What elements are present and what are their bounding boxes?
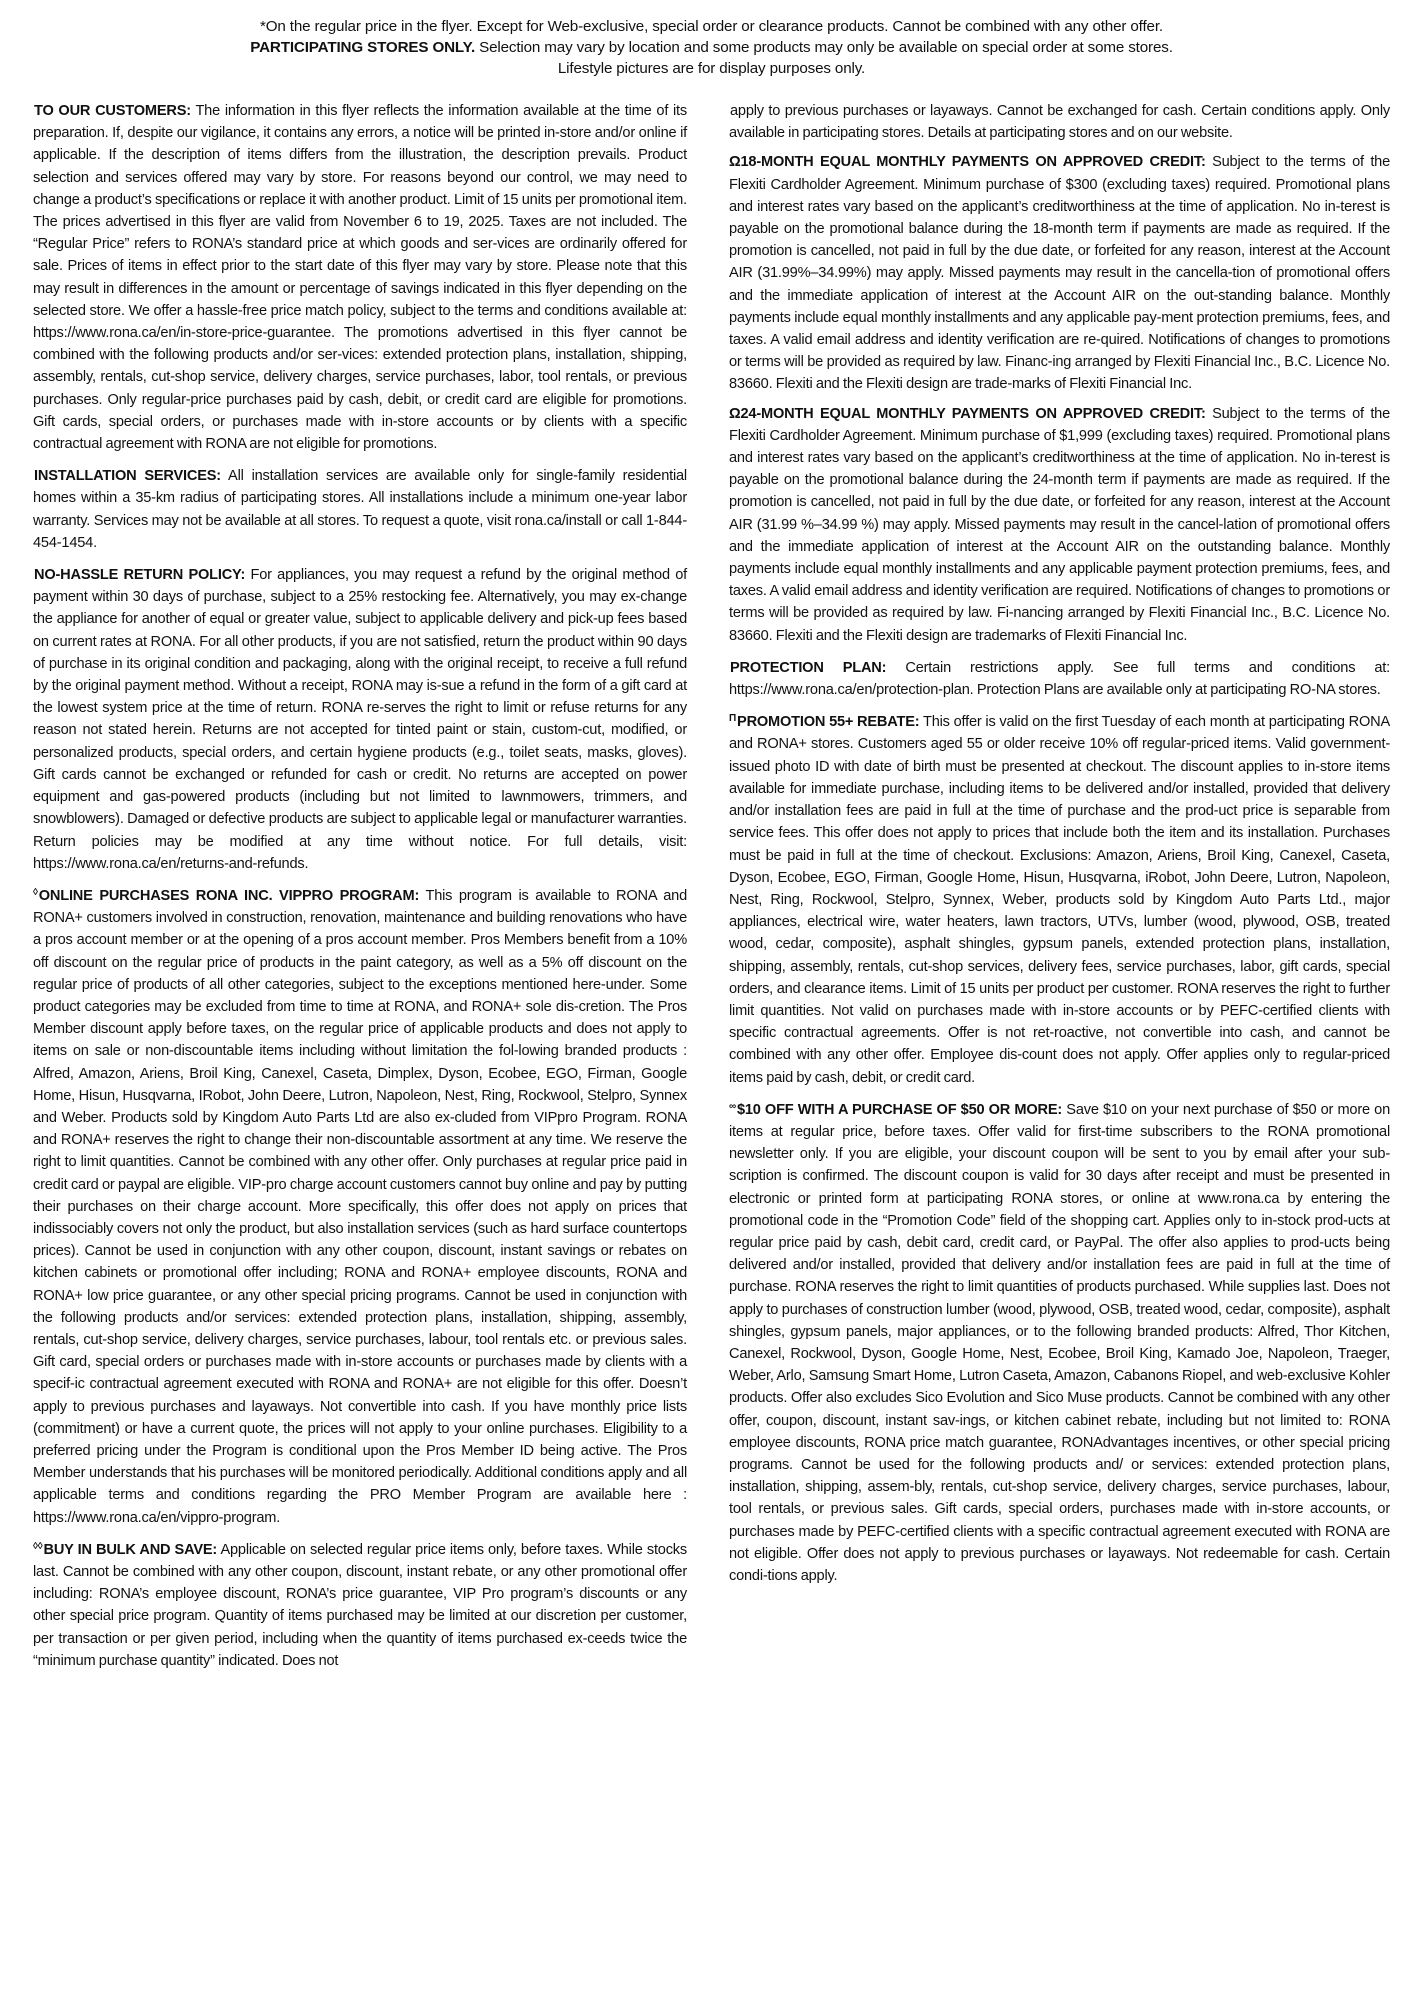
section-buy-in-bulk-continued: apply to previous purchases or layaways.… <box>729 97 1390 144</box>
header-line-2: PARTICIPATING STORES ONLY. Selection may… <box>0 37 1423 58</box>
section-body: The information in this flyer reflects t… <box>33 103 687 452</box>
section-title: TO OUR CUSTOMERS: <box>34 103 191 119</box>
section-24-month-payments: Ω24-MONTH EQUAL MONTHLY PAYMENTS ON APPR… <box>729 403 1390 647</box>
section-title: ONLINE PURCHASES RONA INC. VIPPRO PROGRA… <box>39 888 419 904</box>
omega-symbol-icon: Ω <box>729 406 741 422</box>
section-title: PROMOTION 55+ REBATE: <box>737 714 919 730</box>
section-installation-services: INSTALLATION SERVICES: All installation … <box>33 462 687 554</box>
section-buy-in-bulk: ◊◊BUY IN BULK AND SAVE: Applicable on se… <box>33 1536 687 1672</box>
left-column: TO OUR CUSTOMERS: The information in thi… <box>33 97 687 1679</box>
section-body: This offer is valid on the first Tuesday… <box>729 714 1390 1085</box>
section-18-month-payments: Ω18-MONTH EQUAL MONTHLY PAYMENTS ON APPR… <box>729 151 1390 395</box>
diamond-symbol-icon: ◊ <box>33 887 38 898</box>
section-promotion-55-rebate: ΠPROMOTION 55+ REBATE: This offer is val… <box>729 708 1390 1088</box>
header-line-3: Lifestyle pictures are for display purpo… <box>0 58 1423 79</box>
legal-terms-columns: TO OUR CUSTOMERS: The information in thi… <box>33 97 1390 1679</box>
section-body: For appliances, you may request a refund… <box>33 567 687 872</box>
pi-symbol-icon: Π <box>729 713 736 724</box>
infinity-symbol-icon: ∞ <box>729 1101 736 1112</box>
omega-symbol-icon: Ω <box>729 154 741 170</box>
section-protection-plan: PROTECTION PLAN: Certain restrictions ap… <box>729 654 1390 701</box>
section-to-our-customers: TO OUR CUSTOMERS: The information in thi… <box>33 97 687 455</box>
section-return-policy: NO-HASSLE RETURN POLICY: For appliances,… <box>33 561 687 875</box>
section-body: apply to previous purchases or layaways.… <box>729 103 1390 141</box>
section-body: This program is available to RONA and RO… <box>33 888 687 1526</box>
section-title: NO-HASSLE RETURN POLICY: <box>34 567 245 583</box>
section-body: Applicable on selected regular price ite… <box>33 1542 687 1669</box>
section-body: Save $10 on your next purchase of $50 or… <box>729 1102 1390 1584</box>
section-title: INSTALLATION SERVICES: <box>34 468 221 484</box>
section-title: $10 OFF WITH A PURCHASE OF $50 OR MORE: <box>737 1102 1062 1118</box>
participating-stores-notice: PARTICIPATING STORES ONLY. <box>250 39 475 56</box>
section-title: 24-MONTH EQUAL MONTHLY PAYMENTS ON APPRO… <box>741 406 1206 422</box>
section-title: BUY IN BULK AND SAVE: <box>43 1542 217 1558</box>
section-10-off-newsletter: ∞$10 OFF WITH A PURCHASE OF $50 OR MORE:… <box>729 1096 1390 1587</box>
double-diamond-symbol-icon: ◊◊ <box>33 1541 42 1552</box>
header-line-1: *On the regular price in the flyer. Exce… <box>0 16 1423 37</box>
flyer-disclaimer-header: *On the regular price in the flyer. Exce… <box>0 16 1423 79</box>
right-column: apply to previous purchases or layaways.… <box>729 97 1390 1679</box>
section-body: Subject to the terms of the Flexiti Card… <box>729 406 1390 644</box>
section-body: Subject to the terms of the Flexiti Card… <box>729 154 1390 392</box>
section-vippro-program: ◊ONLINE PURCHASES RONA INC. VIPPRO PROGR… <box>33 882 687 1529</box>
section-title: 18-MONTH EQUAL MONTHLY PAYMENTS ON APPRO… <box>741 154 1206 170</box>
selection-notice: Selection may vary by location and some … <box>475 39 1173 56</box>
section-title: PROTECTION PLAN: <box>730 660 886 676</box>
